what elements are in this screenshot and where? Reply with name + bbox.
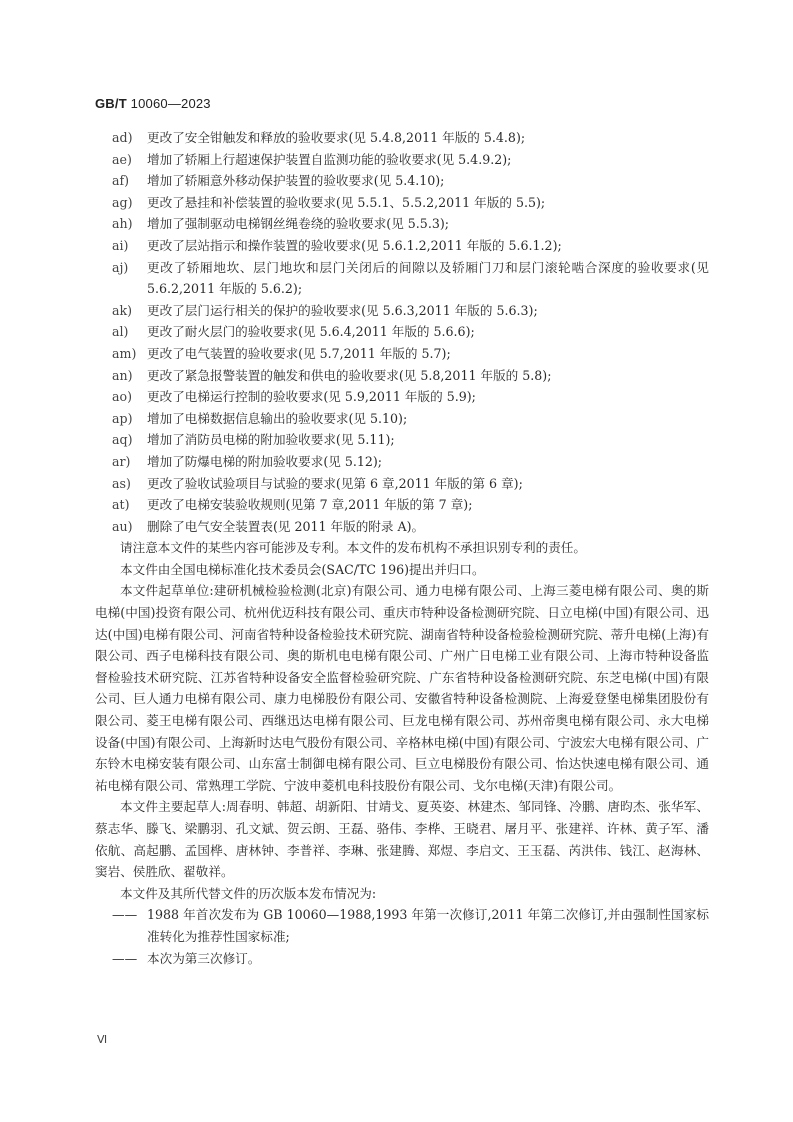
item-text: 增加了强制驱动电梯钢丝绳卷绕的验收要求(见 5.5.3); bbox=[147, 213, 709, 235]
item-label: ar) bbox=[95, 451, 147, 473]
item-label: al) bbox=[95, 321, 147, 343]
list-item: ae)增加了轿厢上行超速保护装置自监测功能的验收要求(见 5.4.9.2); bbox=[95, 149, 709, 171]
history-item: ——1988 年首次发布为 GB 10060—1988,1993 年第一次修订,… bbox=[95, 904, 709, 947]
list-item: ag)更改了悬挂和补偿装置的验收要求(见 5.5.1、5.5.2,2011 年版… bbox=[95, 192, 709, 214]
item-label: ad) bbox=[95, 127, 147, 149]
item-text: 更改了紧急报警装置的触发和供电的验收要求(见 5.8,2011 年版的 5.8)… bbox=[147, 365, 709, 387]
item-text: 更改了悬挂和补偿装置的验收要求(见 5.5.1、5.5.2,2011 年版的 5… bbox=[147, 192, 709, 214]
changes-list: ad)更改了安全钳触发和释放的验收要求(见 5.4.8,2011 年版的 5.4… bbox=[95, 127, 709, 537]
list-item: ao)更改了电梯运行控制的验收要求(见 5.9,2011 年版的 5.9); bbox=[95, 386, 709, 408]
item-label: ah) bbox=[95, 213, 147, 235]
item-label: ak) bbox=[95, 300, 147, 322]
item-text: 更改了层站指示和操作装置的验收要求(见 5.6.1.2,2011 年版的 5.6… bbox=[147, 235, 709, 257]
list-item: am)更改了电气装置的验收要求(见 5.7,2011 年版的 5.7); bbox=[95, 343, 709, 365]
item-text: 增加了消防员电梯的附加验收要求(见 5.11); bbox=[147, 429, 709, 451]
list-item: an)更改了紧急报警装置的触发和供电的验收要求(见 5.8,2011 年版的 5… bbox=[95, 365, 709, 387]
history-intro: 本文件及其所代替文件的历次版本发布情况为: bbox=[95, 883, 709, 905]
item-text: 删除了电气安全装置表(见 2011 年版的附录 A)。 bbox=[147, 516, 709, 538]
drafting-units-paragraph: 本文件起草单位:建研机械检验检测(北京)有限公司、通力电梯有限公司、上海三菱电梯… bbox=[95, 580, 709, 796]
item-text: 更改了安全钳触发和释放的验收要求(见 5.4.8,2011 年版的 5.4.8)… bbox=[147, 127, 709, 149]
item-label: an) bbox=[95, 365, 147, 387]
list-item: aq)增加了消防员电梯的附加验收要求(见 5.11); bbox=[95, 429, 709, 451]
item-text: 增加了轿厢意外移动保护装置的验收要求(见 5.4.10); bbox=[147, 170, 709, 192]
item-label: as) bbox=[95, 473, 147, 495]
item-text: 更改了耐火层门的验收要求(见 5.6.4,2011 年版的 5.6.6); bbox=[147, 321, 709, 343]
item-label: ap) bbox=[95, 408, 147, 430]
standard-prefix: GB/T bbox=[95, 96, 127, 111]
list-item: au)删除了电气安全装置表(见 2011 年版的附录 A)。 bbox=[95, 516, 709, 538]
list-item: at)更改了电梯安装验收规则(见第 7 章,2011 年版的第 7 章); bbox=[95, 494, 709, 516]
history-text: 1988 年首次发布为 GB 10060—1988,1993 年第一次修订,20… bbox=[147, 904, 709, 947]
item-label: am) bbox=[95, 343, 147, 365]
item-text: 增加了轿厢上行超速保护装置自监测功能的验收要求(见 5.4.9.2); bbox=[147, 149, 709, 171]
patent-notice: 请注意本文件的某些内容可能涉及专利。本文件的发布机构不承担识别专利的责任。 bbox=[95, 537, 709, 559]
item-label: au) bbox=[95, 516, 147, 538]
item-label: at) bbox=[95, 494, 147, 516]
list-item: aj)更改了轿厢地坎、层门地坎和层门关闭后的间隙以及轿厢门刀和层门滚轮啮合深度的… bbox=[95, 257, 709, 300]
item-label: aj) bbox=[95, 257, 147, 300]
item-text: 更改了电梯运行控制的验收要求(见 5.9,2011 年版的 5.9); bbox=[147, 386, 709, 408]
item-label: af) bbox=[95, 170, 147, 192]
dash-mark: —— bbox=[95, 948, 147, 970]
history-item: ——本次为第三次修订。 bbox=[95, 948, 709, 970]
list-item: ai)更改了层站指示和操作装置的验收要求(见 5.6.1.2,2011 年版的 … bbox=[95, 235, 709, 257]
proposed-by-paragraph: 本文件由全国电梯标准化技术委员会(SAC/TC 196)提出并归口。 bbox=[95, 559, 709, 581]
item-text: 更改了轿厢地坎、层门地坎和层门关闭后的间隙以及轿厢门刀和层门滚轮啮合深度的验收要… bbox=[147, 257, 709, 300]
list-item: as)更改了验收试验项目与试验的要求(见第 6 章,2011 年版的第 6 章)… bbox=[95, 473, 709, 495]
item-label: aq) bbox=[95, 429, 147, 451]
item-text: 更改了验收试验项目与试验的要求(见第 6 章,2011 年版的第 6 章); bbox=[147, 473, 709, 495]
standard-code: 10060—2023 bbox=[131, 96, 211, 111]
item-label: ao) bbox=[95, 386, 147, 408]
list-item: ar)增加了防爆电梯的附加验收要求(见 5.12); bbox=[95, 451, 709, 473]
history-list: ——1988 年首次发布为 GB 10060—1988,1993 年第一次修订,… bbox=[95, 904, 709, 969]
item-label: ai) bbox=[95, 235, 147, 257]
item-text: 增加了防爆电梯的附加验收要求(见 5.12); bbox=[147, 451, 709, 473]
list-item: af)增加了轿厢意外移动保护装置的验收要求(见 5.4.10); bbox=[95, 170, 709, 192]
list-item: ad)更改了安全钳触发和释放的验收要求(见 5.4.8,2011 年版的 5.4… bbox=[95, 127, 709, 149]
document-header: GB/T 10060—2023 bbox=[95, 96, 211, 111]
page-number: Ⅵ bbox=[97, 1033, 107, 1046]
item-text: 更改了层门运行相关的保护的验收要求(见 5.6.3,2011 年版的 5.6.3… bbox=[147, 300, 709, 322]
list-item: al)更改了耐火层门的验收要求(见 5.6.4,2011 年版的 5.6.6); bbox=[95, 321, 709, 343]
item-label: ag) bbox=[95, 192, 147, 214]
list-item: ak)更改了层门运行相关的保护的验收要求(见 5.6.3,2011 年版的 5.… bbox=[95, 300, 709, 322]
item-text: 增加了电梯数据信息输出的验收要求(见 5.10); bbox=[147, 408, 709, 430]
item-text: 更改了电气装置的验收要求(见 5.7,2011 年版的 5.7); bbox=[147, 343, 709, 365]
item-label: ae) bbox=[95, 149, 147, 171]
document-body: ad)更改了安全钳触发和释放的验收要求(见 5.4.8,2011 年版的 5.4… bbox=[95, 127, 709, 969]
list-item: ah)增加了强制驱动电梯钢丝绳卷绕的验收要求(见 5.5.3); bbox=[95, 213, 709, 235]
dash-mark: —— bbox=[95, 904, 147, 947]
main-drafters-paragraph: 本文件主要起草人:周春明、韩超、胡新阳、甘靖戈、夏英姿、林建杰、邹同锋、冷鹏、唐… bbox=[95, 796, 709, 882]
list-item: ap)增加了电梯数据信息输出的验收要求(见 5.10); bbox=[95, 408, 709, 430]
history-text: 本次为第三次修订。 bbox=[147, 948, 709, 970]
item-text: 更改了电梯安装验收规则(见第 7 章,2011 年版的第 7 章); bbox=[147, 494, 709, 516]
